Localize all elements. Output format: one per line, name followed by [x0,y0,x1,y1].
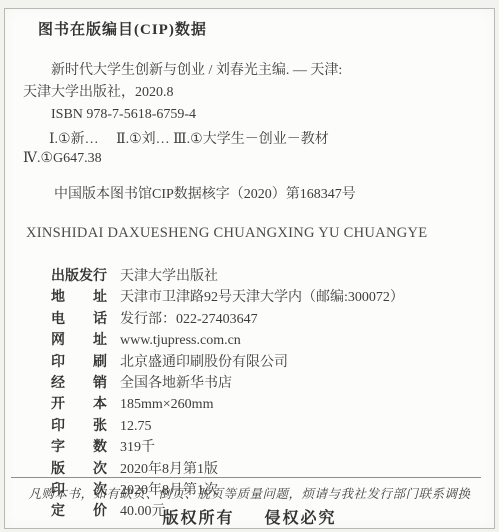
cip-entry-block: 新时代大学生创新与创业 / 刘春光主编. — 天津: 天津大学出版社，2020.… [23,60,494,126]
colophon-label: 字数 [51,437,107,458]
colophon-value: 12.75 [120,416,152,437]
colophon-label: 出版发行 [51,266,107,287]
colophon-row-printer: 印刷 北京盛通印刷股份有限公司 [51,352,494,373]
scanned-page: 图书在版编目(CIP)数据 新时代大学生创新与创业 / 刘春光主编. — 天津:… [4,8,495,529]
colophon-value: 319千 [120,437,155,458]
colophon-label: 经销 [51,373,107,394]
pinyin-title: XINSHIDAI DAXUESHENG CHUANGXING YU CHUAN… [26,225,494,242]
copyright-statement: 版权所有侵权必究 [5,505,494,528]
cip-entry-publisher-line: 天津大学出版社，2020.8 [23,82,494,104]
cip-entry-title-line: 新时代大学生创新与创业 / 刘春光主编. — 天津: [23,60,494,82]
colophon-value: 发行部：022-27403647 [120,309,258,330]
colophon-row-sheets: 印张 12.75 [51,416,494,437]
colophon-label: 网址 [51,330,107,351]
colophon-row-wordcount: 字数 319千 [51,437,494,458]
quality-note: 凡购本书，如有缺页、倒页、脱页等质量问题，烦请与我社发行部门联系调换 [5,484,494,502]
colophon-value: 全国各地新华书店 [120,373,232,394]
cip-entry-isbn-line: ISBN 978-7-5618-6759-4 [23,104,494,126]
colophon-label: 地址 [51,287,107,308]
colophon-value: 天津大学出版社 [120,266,218,287]
copyright-left: 版权所有 [162,510,234,527]
cip-record-number: 中国版本图书馆CIP数据核字（2020）第168347号 [54,183,494,203]
colophon-label: 开本 [51,394,107,415]
colophon-value: 天津市卫津路92号天津大学内（邮编:300072） [120,287,404,308]
colophon-label: 印张 [51,416,107,437]
cip-header: 图书在版编目(CIP)数据 [38,18,494,39]
classification-line-1: Ⅰ.①新… Ⅱ.①刘… Ⅲ.①大学生－创业－教材 [23,130,494,149]
copyright-right: 侵权必究 [265,510,337,527]
colophon-label: 电话 [51,309,107,330]
colophon-row-distributor: 经销 全国各地新华书店 [51,373,494,394]
classification-line-2: Ⅳ.①G647.38 [23,149,494,168]
colophon-row-publisher: 出版发行 天津大学出版社 [51,266,494,287]
colophon-row-format: 开本 185mm×260mm [51,394,494,415]
colophon-label: 印刷 [51,352,107,373]
colophon-value: 北京盛通印刷股份有限公司 [120,352,288,373]
colophon-row-address: 地址 天津市卫津路92号天津大学内（邮编:300072） [51,287,494,308]
colophon-row-phone: 电话 发行部：022-27403647 [51,309,494,330]
website-url: www.tjupress.com.cn [120,330,241,351]
colophon-value: 185mm×260mm [120,394,213,415]
classification-block: Ⅰ.①新… Ⅱ.①刘… Ⅲ.①大学生－创业－教材 Ⅳ.①G647.38 [23,130,494,168]
footer-divider [11,477,481,478]
colophon-row-website: 网址 www.tjupress.com.cn [51,330,494,351]
